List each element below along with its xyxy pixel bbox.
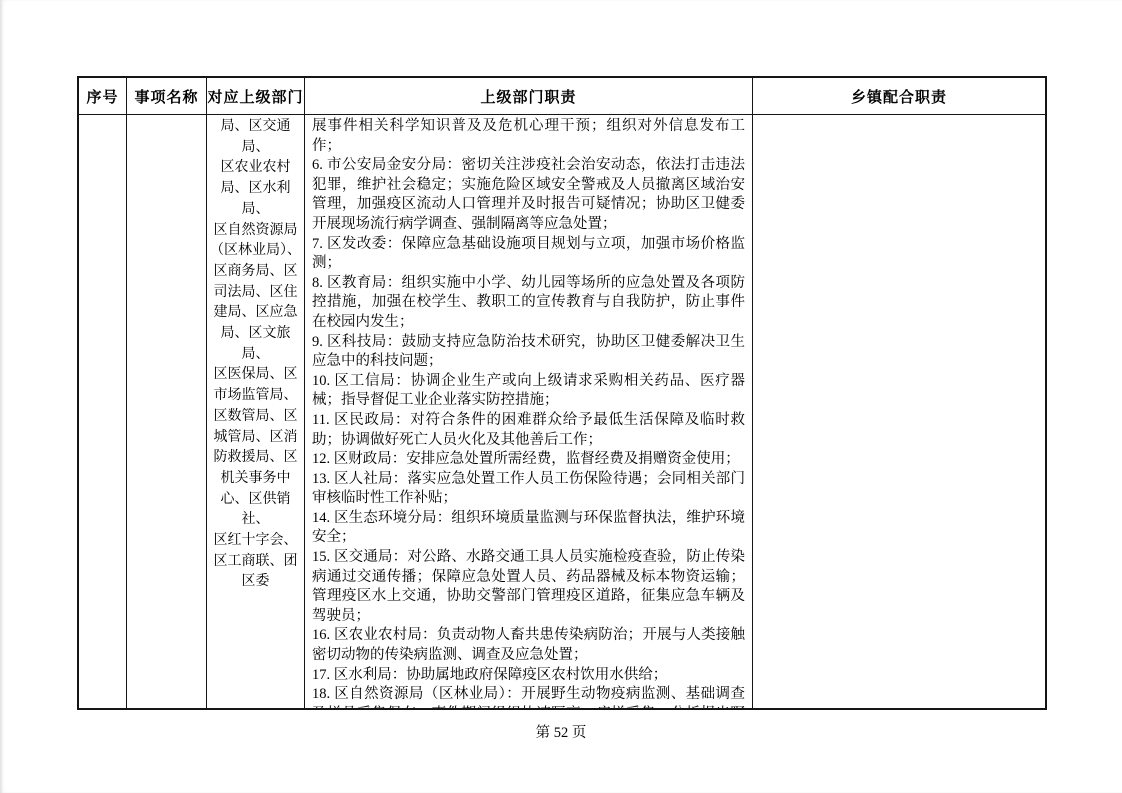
cell-superior-departments: 局、区交通局、 区农业农村 局、区水利局、 区自然资源局 （区林业局）、 区商务… bbox=[207, 115, 305, 708]
responsibilities-table: 序号 事项名称 对应上级部门 上级部门职责 乡镇配合职责 局、区交通局、 区农业… bbox=[77, 76, 1047, 710]
duty-paragraph: 17. 区水利局：协助属地政府保障疫区农村饮用水供给； bbox=[312, 666, 745, 686]
document-page: 序号 事项名称 对应上级部门 上级部门职责 乡镇配合职责 局、区交通局、 区农业… bbox=[0, 0, 1122, 793]
duty-paragraph: 7. 区发改委：保障应急基础设施项目规划与立项，加强市场价格监测； bbox=[312, 235, 745, 274]
duty-paragraph: 展事件相关科学知识普及及危机心理干预；组织对外信息发布工作； bbox=[312, 117, 745, 156]
cell-item-name bbox=[127, 115, 207, 708]
duty-paragraph: 8. 区教育局：组织实施中小学、幼儿园等场所的应急处置及各项防控措施，加强在校学… bbox=[312, 274, 745, 333]
duty-paragraph: 6. 市公安局金安分局：密切关注涉疫社会治安动态，依法打击违法犯罪，维护社会稳定… bbox=[312, 156, 745, 234]
duty-paragraph: 18. 区自然资源局（区林业局）：开展野生动物疫病监测、基础调查及样品采集保存；… bbox=[312, 685, 745, 708]
duty-paragraph: 13. 区人社局：落实应急处置工作人员工伤保险待遇；会同相关部门审核临时性工作补… bbox=[312, 470, 745, 509]
duty-paragraph: 9. 区科技局：鼓励支持应急防治技术研究，协助区卫健委解决卫生应急中的科技问题； bbox=[312, 333, 745, 372]
table-body-row: 局、区交通局、 区农业农村 局、区水利局、 区自然资源局 （区林业局）、 区商务… bbox=[79, 115, 1045, 708]
duty-paragraph: 15. 区交通局：对公路、水路交通工具人员实施检疫查验，防止传染病通过交通传播；… bbox=[312, 548, 745, 626]
cell-township-duties bbox=[753, 115, 1045, 708]
table-header-row: 序号 事项名称 对应上级部门 上级部门职责 乡镇配合职责 bbox=[79, 78, 1045, 115]
duty-paragraph: 12. 区财政局：安排应急处置所需经费，监督经费及捐赠资金使用； bbox=[312, 450, 745, 470]
header-superior-department: 对应上级部门 bbox=[207, 78, 305, 114]
page-number: 第 52 页 bbox=[0, 721, 1122, 742]
header-superior-duties: 上级部门职责 bbox=[305, 78, 753, 114]
cell-serial-number bbox=[79, 115, 127, 708]
header-township-duties: 乡镇配合职责 bbox=[753, 78, 1045, 114]
duty-paragraph: 16. 区农业农村局：负责动物人畜共患传染病防治；开展与人类接触密切动物的传染病… bbox=[312, 626, 745, 665]
duty-paragraph: 14. 区生态环境分局：组织环境质量监测与环保监督执法，维护环境安全； bbox=[312, 509, 745, 548]
header-serial-number: 序号 bbox=[79, 78, 127, 114]
header-item-name: 事项名称 bbox=[127, 78, 207, 114]
cell-superior-duties: 展事件相关科学知识普及及危机心理干预；组织对外信息发布工作； 6. 市公安局金安… bbox=[305, 115, 753, 708]
duty-paragraph: 10. 区工信局：协调企业生产或向上级请求采购相关药品、医疗器械；指导督促工业企… bbox=[312, 372, 745, 411]
duty-paragraph: 11. 区民政局：对符合条件的困难群众给予最低生活保障及临时救助；协调做好死亡人… bbox=[312, 411, 745, 450]
